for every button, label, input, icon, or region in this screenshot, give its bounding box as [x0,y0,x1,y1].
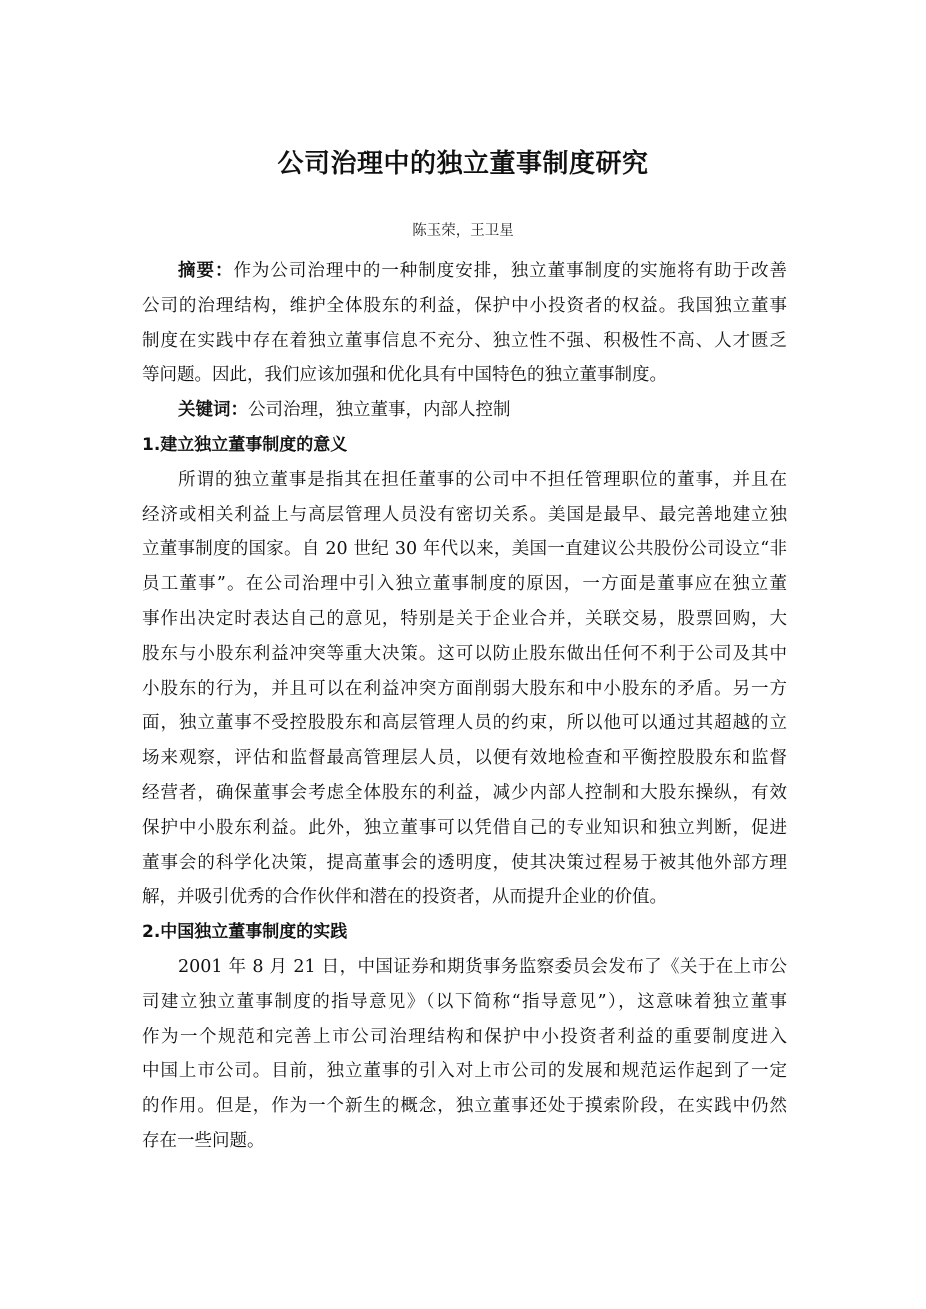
section-heading-2: 2.中国独立董事制度的实践 [142,915,787,950]
paragraph-line: 解，并吸引优秀的合作伙伴和潜在的投资者，从而提升企业的价值。 [142,880,787,915]
paragraph-line: 董事会的科学化决策，提高董事会的透明度，使其决策过程易于被其他外部方理 [142,846,787,881]
paper-title: 公司治理中的独立董事制度研究 [0,144,926,184]
paragraph-line: 立董事制度的国家。自 20 世纪 30 年代以来，美国一直建议公共股份公司设立“… [142,532,787,567]
abstract-line: 摘要：作为公司治理中的一种制度安排，独立董事制度的实施将有助于改善 [142,254,787,289]
keywords-line: 关键词：公司治理，独立董事，内部人控制 [142,393,787,428]
paragraph-line: 的作用。但是，作为一个新生的概念，独立董事还处于摸索阶段，在实践中仍然 [142,1089,787,1124]
keywords-label: 关键词： [178,400,248,420]
paragraph-line: 所谓的独立董事是指其在担任董事的公司中不担任管理职位的董事，并且在 [142,463,787,498]
paragraph-line: 经济或相关利益上与高层管理人员没有密切关系。美国是最早、最完善地建立独 [142,498,787,533]
abstract-line: 制度在实践中存在着独立董事信息不充分、独立性不强、积极性不高、人才匮乏 [142,324,787,359]
paper-authors: 陈玉荣，王卫星 [0,220,926,242]
paragraph-line: 面，独立董事不受控股股东和高层管理人员的约束，所以他可以通过其超越的立 [142,706,787,741]
document-page: 公司治理中的独立董事制度研究 陈玉荣，王卫星 摘要：作为公司治理中的一种制度安排… [0,0,926,1309]
paragraph-line: 存在一些问题。 [142,1124,787,1159]
keywords-text: 公司治理，独立董事，内部人控制 [248,400,511,420]
paragraph-line: 中国上市公司。目前，独立董事的引入对上市公司的发展和规范运作起到了一定 [142,1054,787,1089]
paragraph-line: 事作出决定时表达自己的意见，特别是关于企业合并，关联交易，股票回购，大 [142,602,787,637]
paragraph-line: 经营者，确保董事会考虑全体股东的利益，减少内部人控制和大股东操纵，有效 [142,776,787,811]
paragraph-line: 作为一个规范和完善上市公司治理结构和保护中小投资者利益的重要制度进入 [142,1020,787,1055]
paper-body: 摘要：作为公司治理中的一种制度安排，独立董事制度的实施将有助于改善 公司的治理结… [142,254,787,1159]
abstract-label: 摘要： [178,261,233,281]
paragraph-line: 小股东的行为，并且可以在利益冲突方面削弱大股东和中小股东的矛盾。另一方 [142,672,787,707]
paragraph-line: 2001 年 8 月 21 日，中国证券和期货事务监察委员会发布了《关于在上市公 [142,950,787,985]
paragraph-line: 司建立独立董事制度的指导意见》（以下简称“指导意见”），这意味着独立董事 [142,985,787,1020]
paragraph-line: 股东与小股东利益冲突等重大决策。这可以防止股东做出任何不利于公司及其中 [142,637,787,672]
paragraph-line: 员工董事”。在公司治理中引入独立董事制度的原因，一方面是董事应在独立董 [142,567,787,602]
paragraph-line: 保护中小股东利益。此外，独立董事可以凭借自己的专业知识和独立判断，促进 [142,811,787,846]
section-heading-1: 1.建立独立董事制度的意义 [142,428,787,463]
paragraph-line: 场来观察，评估和监督最高管理层人员，以便有效地检查和平衡控股股东和监督 [142,741,787,776]
abstract-text: 作为公司治理中的一种制度安排，独立董事制度的实施将有助于改善 [233,261,787,281]
abstract-line: 等问题。因此，我们应该加强和优化具有中国特色的独立董事制度。 [142,358,787,393]
abstract-line: 公司的治理结构，维护全体股东的利益，保护中小投资者的权益。我国独立董事 [142,289,787,324]
